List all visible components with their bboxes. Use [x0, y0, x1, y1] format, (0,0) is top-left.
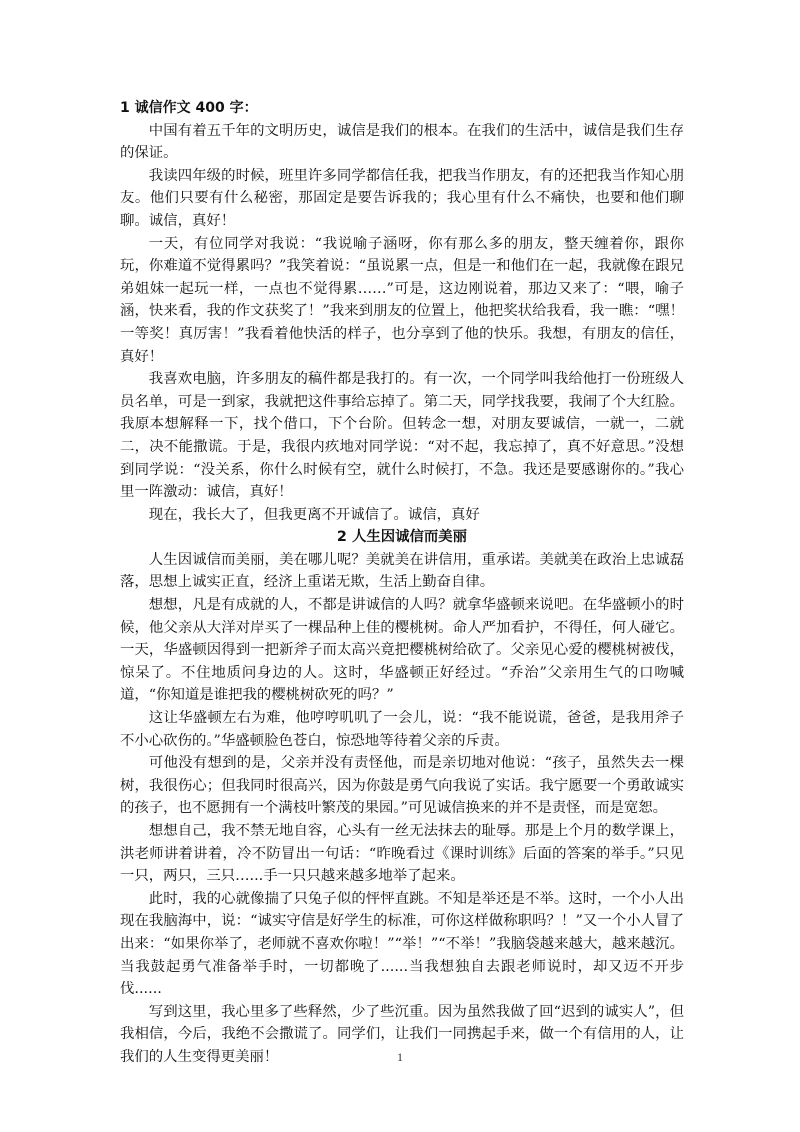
paragraph: 现在，我长大了，但我更离不开诚信了。诚信，真好 — [120, 504, 684, 527]
paragraph: 中国有着五千年的文明历史，诚信是我们的根本。在我们的生活中，诚信是我们生存的保证… — [120, 120, 684, 165]
paragraph: 人生因诚信而美丽，美在哪儿呢？美就美在讲信用，重承诺。美就美在政治上忠诚磊落，思… — [120, 549, 684, 594]
document-page: 1 诚信作文 400 字： 中国有着五千年的文明历史，诚信是我们的根本。在我们的… — [120, 97, 684, 1069]
section-1-heading: 1 诚信作文 400 字： — [120, 97, 684, 120]
section-2-heading: 2 人生因诚信而美丽 — [120, 526, 684, 549]
paragraph: 我喜欢电脑，许多朋友的稿件都是我打的。有一次，一个同学叫我给他打一份班级人员名单… — [120, 368, 684, 504]
paragraph: 想想，凡是有成就的人，不都是讲诚信的人吗？就拿华盛顿来说吧。在华盛顿小的时候，他… — [120, 594, 684, 707]
paragraph: 这让华盛顿左右为难，他哼哼叽叽了一会儿，说：“我不能说谎，爸爸，是我用斧子不小心… — [120, 707, 684, 752]
paragraph: 此时，我的心就像揣了只兔子似的怦怦直跳。不知是举还是不举。这时，一个小人出现在我… — [120, 888, 684, 1001]
page-number: 1 — [0, 1050, 800, 1065]
paragraph: 可他没有想到的是，父亲并没有责怪他，而是亲切地对他说：“孩子，虽然失去一棵树，我… — [120, 752, 684, 820]
paragraph: 想想自己，我不禁无地自容，心头有一丝无法抹去的耻辱。那是上个月的数学课上，洪老师… — [120, 820, 684, 888]
paragraph: 一天，有位同学对我说：“我说喻子涵呀，你有那么多的朋友，整天缠着你，跟你玩，你难… — [120, 233, 684, 369]
paragraph: 我读四年级的时候，班里许多同学都信任我，把我当作朋友，有的还把我当作知心朋友。他… — [120, 165, 684, 233]
